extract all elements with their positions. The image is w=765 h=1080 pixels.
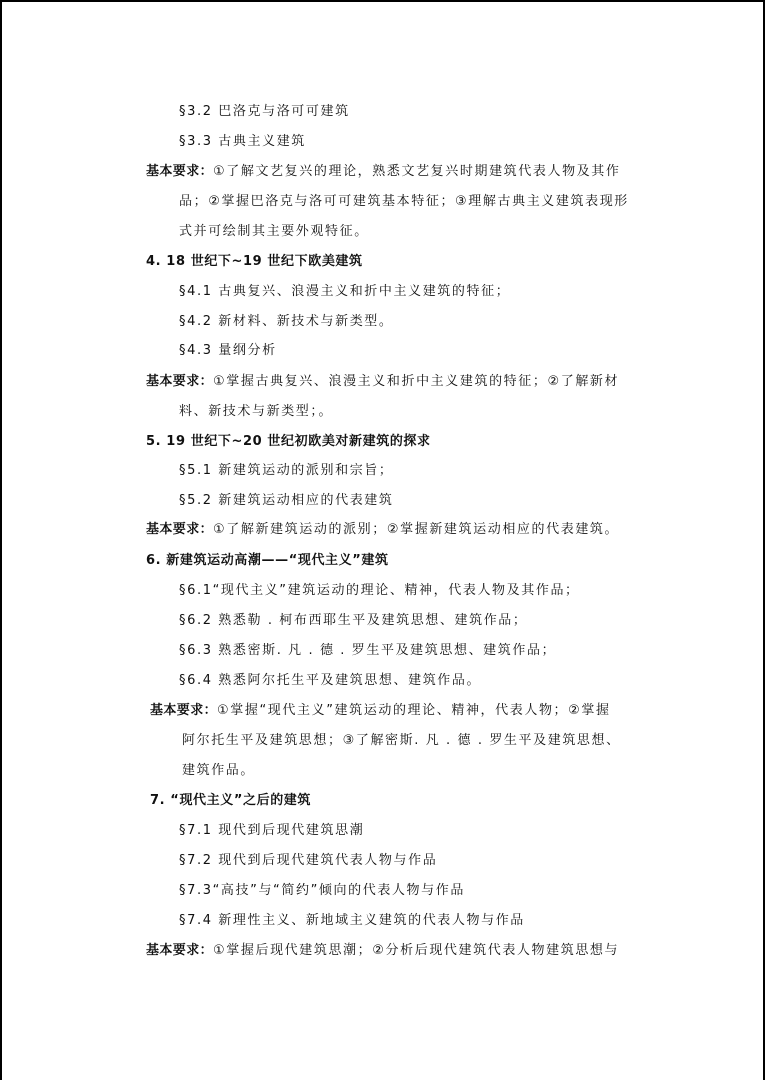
requirement-3: 基本要求：①了解文艺复兴的理论，熟悉文艺复兴时期建筑代表人物及其作 (146, 163, 620, 181)
section-6-2: §6.2 熟悉勒 . 柯布西耶生平及建筑思想、建筑作品； (179, 612, 528, 630)
requirement-3-cont-2: 式并可绘制其主要外观特征。 (179, 223, 369, 241)
requirement-text: ①了解新建筑运动的派别；②掌握新建筑运动相应的代表建筑。 (213, 522, 619, 537)
requirement-6-cont-1: 阿尔托生平及建筑思想；③了解密斯. 凡 . 德 . 罗生平及建筑思想、 (182, 732, 621, 750)
heading-5: 5. 19 世纪下~20 世纪初欧美对新建筑的探求 (146, 433, 431, 451)
requirement-text: ①掌握古典复兴、浪漫主义和折中主义建筑的特征；②了解新材 (213, 374, 619, 389)
requirement-label: 基本要求： (146, 374, 213, 389)
requirement-label: 基本要求： (146, 164, 213, 179)
section-4-1: §4.1 古典复兴、浪漫主义和折中主义建筑的特征； (179, 283, 510, 301)
requirement-6-cont-2: 建筑作品。 (182, 762, 255, 780)
requirement-4: 基本要求：①掌握古典复兴、浪漫主义和折中主义建筑的特征；②了解新材 (146, 373, 619, 391)
section-3-3: §3.3 古典主义建筑 (179, 133, 306, 151)
requirement-5: 基本要求：①了解新建筑运动的派别；②掌握新建筑运动相应的代表建筑。 (146, 521, 619, 539)
section-5-2: §5.2 新建筑运动相应的代表建筑 (179, 492, 394, 510)
heading-4: 4. 18 世纪下~19 世纪下欧美建筑 (146, 253, 363, 271)
section-6-3: §6.3 熟悉密斯. 凡 . 德 . 罗生平及建筑思想、建筑作品； (179, 642, 556, 660)
requirement-label: 基本要求： (146, 943, 213, 958)
section-7-3: §7.3“高技”与“简约”倾向的代表人物与作品 (179, 882, 465, 900)
requirement-7: 基本要求：①掌握后现代建筑思潮；②分析后现代建筑代表人物建筑思想与 (146, 942, 619, 960)
requirement-text: ①掌握后现代建筑思潮；②分析后现代建筑代表人物建筑思想与 (213, 943, 619, 958)
requirement-text: ①掌握“现代主义”建筑运动的理论、精神，代表人物；②掌握 (217, 703, 611, 718)
section-4-2: §4.2 新材料、新技术与新类型。 (179, 313, 394, 331)
section-6-4: §6.4 熟悉阿尔托生平及建筑思想、建筑作品。 (179, 672, 481, 690)
requirement-label: 基本要求： (146, 522, 213, 537)
heading-6: 6. 新建筑运动高潮——“现代主义”建筑 (146, 552, 389, 570)
section-7-2: §7.2 现代到后现代建筑代表人物与作品 (179, 852, 437, 870)
requirement-3-cont-1: 品；②掌握巴洛克与洛可可建筑基本特征；③理解古典主义建筑表现形 (179, 193, 629, 211)
requirement-text: ①了解文艺复兴的理论，熟悉文艺复兴时期建筑代表人物及其作 (213, 164, 620, 179)
section-6-1: §6.1“现代主义”建筑运动的理论、精神，代表人物及其作品； (179, 582, 580, 600)
section-4-3: §4.3 量纲分析 (179, 342, 277, 360)
section-7-1: §7.1 现代到后现代建筑思潮 (179, 822, 364, 840)
requirement-6: 基本要求：①掌握“现代主义”建筑运动的理论、精神，代表人物；②掌握 (150, 702, 611, 720)
section-7-4: §7.4 新理性主义、新地域主义建筑的代表人物与作品 (179, 912, 525, 930)
section-5-1: §5.1 新建筑运动的派别和宗旨； (179, 462, 394, 480)
heading-7: 7. “现代主义”之后的建筑 (150, 792, 311, 810)
section-3-2: §3.2 巴洛克与洛可可建筑 (179, 103, 350, 121)
document-page: §3.2 巴洛克与洛可可建筑 §3.3 古典主义建筑 基本要求：①了解文艺复兴的… (0, 0, 765, 1080)
requirement-4-cont-1: 料、新技术与新类型；。 (179, 403, 333, 421)
requirement-label: 基本要求： (150, 703, 217, 718)
